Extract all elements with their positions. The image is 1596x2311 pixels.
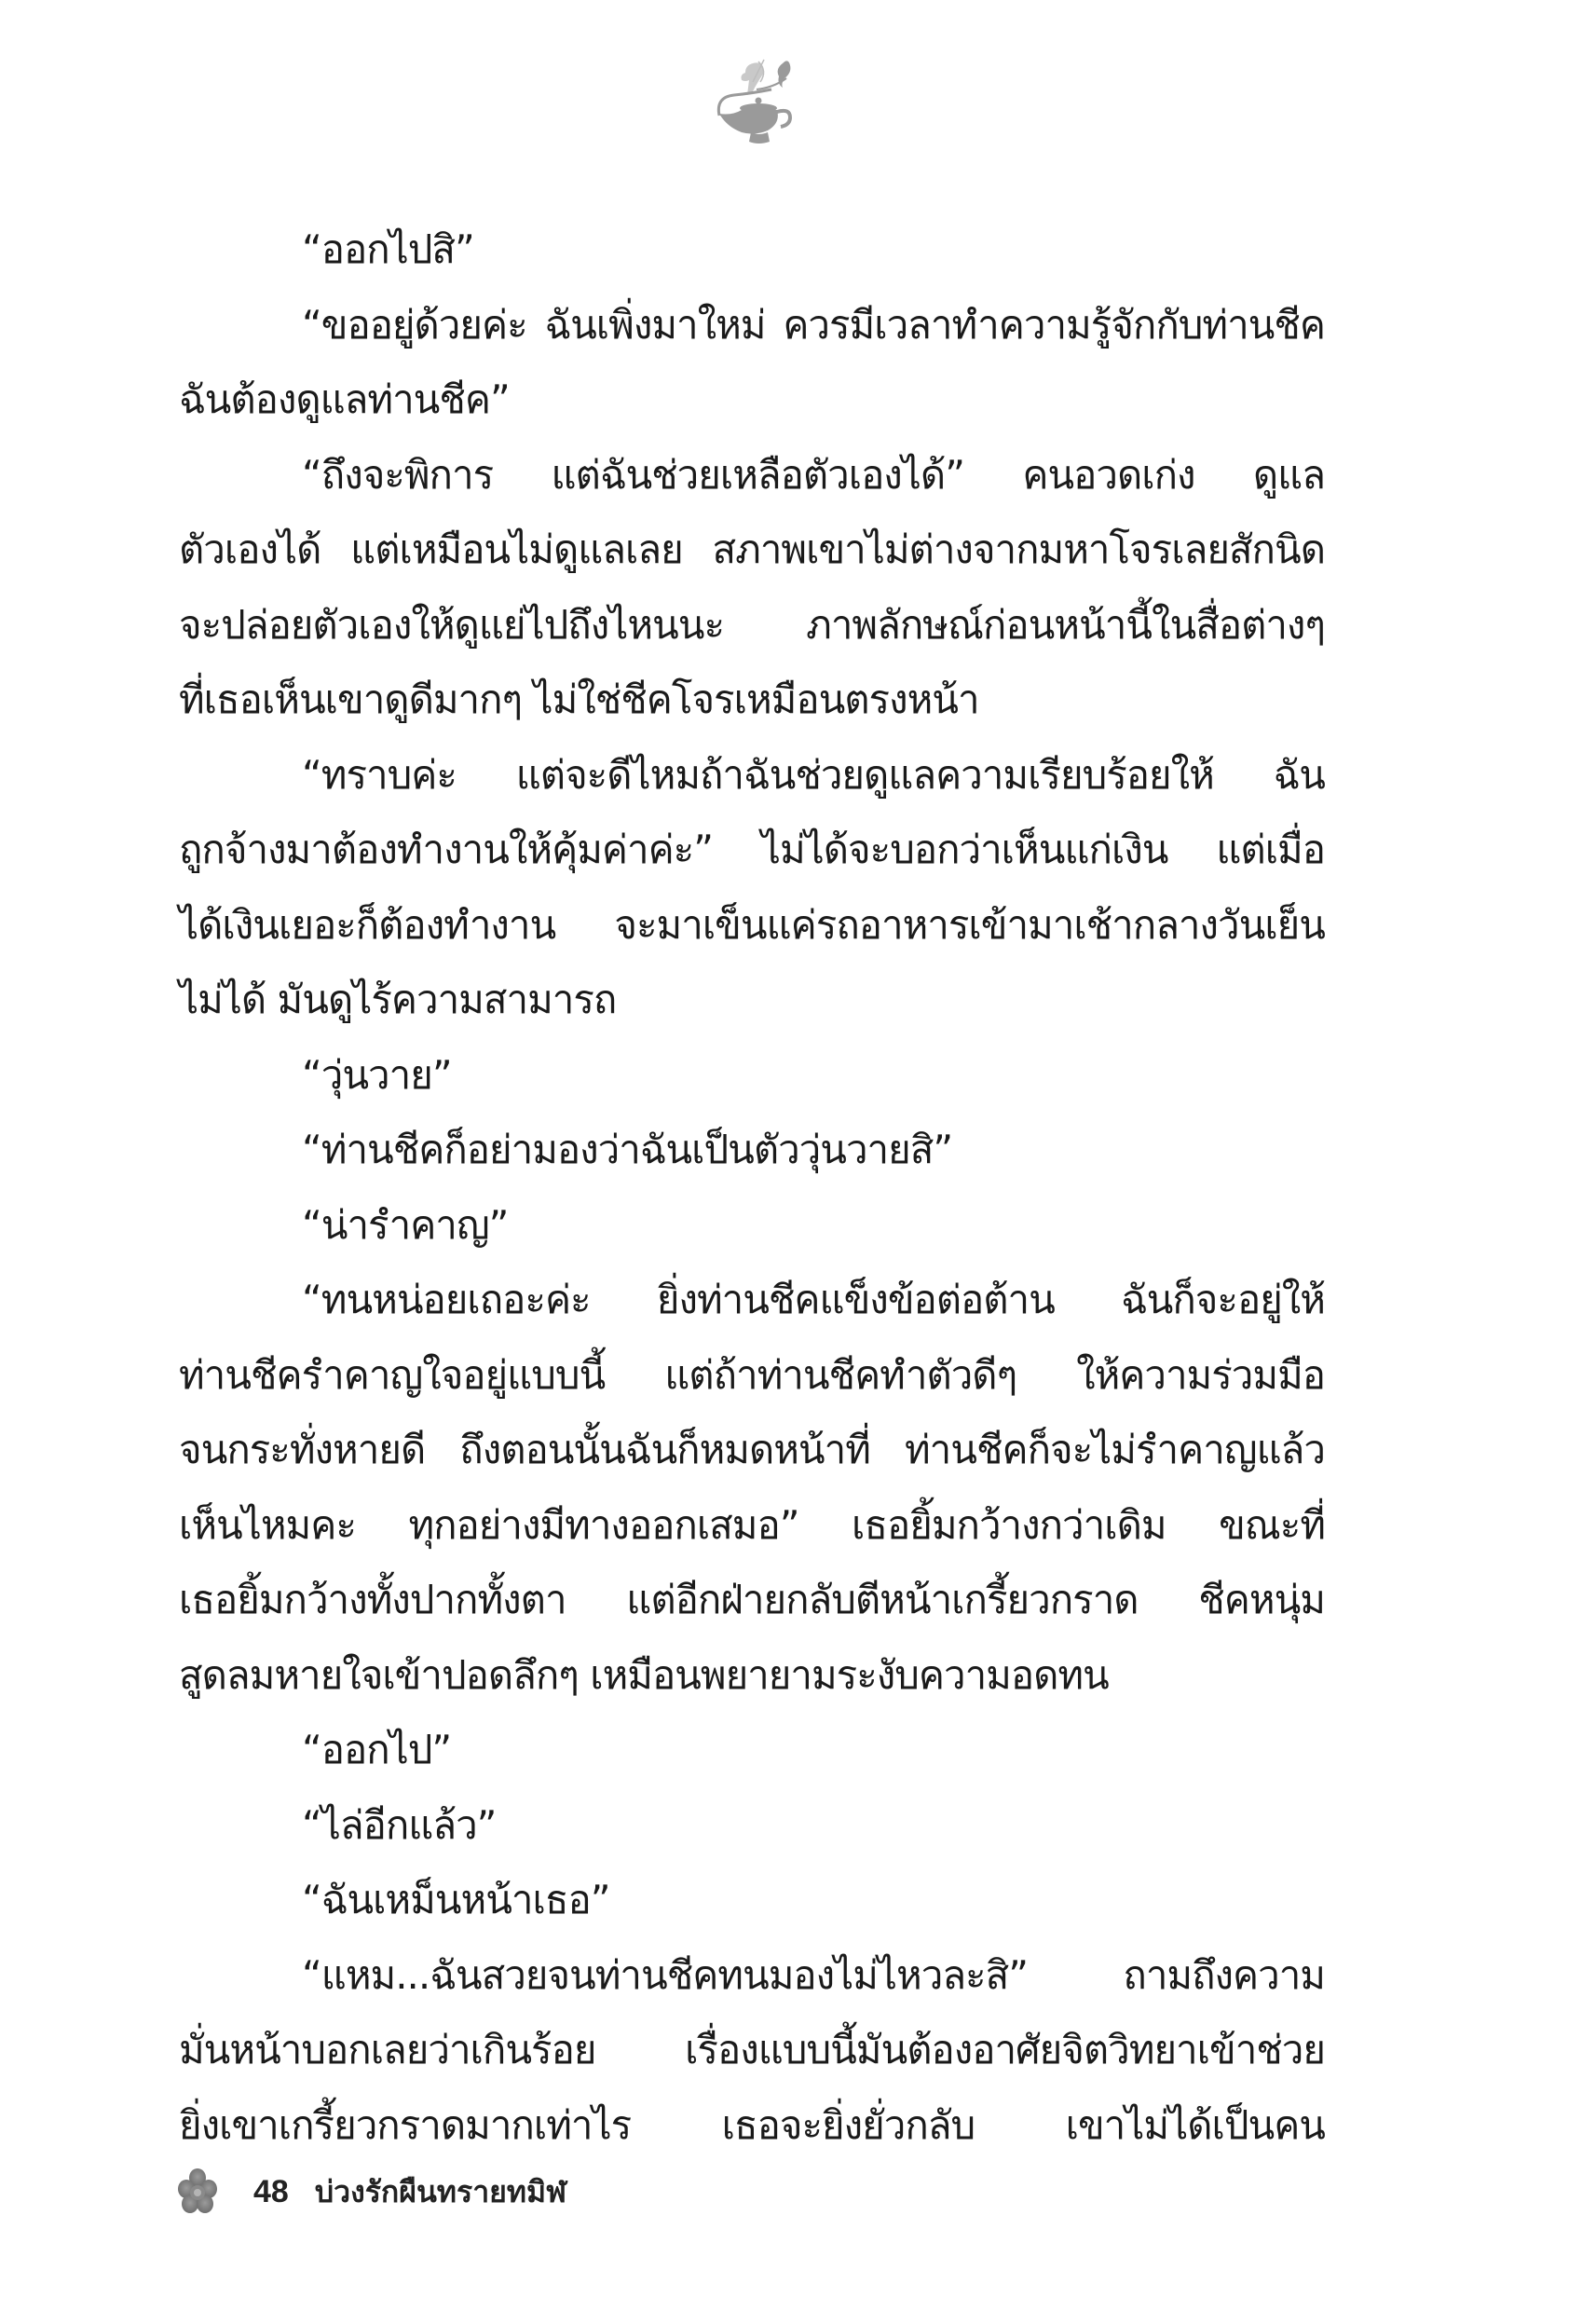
- text-line: “ทนหน่อยเถอะค่ะยิ่งท่านชีคแข็งข้อต่อต้าน…: [179, 1263, 1325, 1338]
- line-text: สูดลมหายใจเข้าปอดลึกๆ เหมือนพยายามระงับค…: [179, 1638, 1109, 1714]
- text-line: “ทราบค่ะแต่จะดีไหมถ้าฉันช่วยดูแลความเรีย…: [179, 738, 1325, 814]
- word: จะมาเข็นแค่รถอาหารเข้ามาเช้ากลางวันเย็น: [614, 888, 1325, 964]
- word: “แหม...ฉันสวยจนท่านชีคทนมองไม่ไหวละสิ”: [302, 1938, 1028, 2014]
- line-text: “ฉันเหม็นหน้าเธอ”: [302, 1863, 609, 1938]
- text-line: ถูกจ้างมาต้องทำงานให้คุ้มค่าค่ะ”ไม่ได้จะ…: [179, 813, 1325, 888]
- page-footer: 48 บ่วงรักผืนทรายทมิฬ: [177, 2164, 566, 2220]
- word: เธอจะยิ่งยั่วกลับ: [722, 2088, 975, 2164]
- text-line: ตัวเองได้แต่เหมือนไม่ดูแลเลยสภาพเขาไม่ต่…: [179, 513, 1325, 588]
- text-line: ที่เธอเห็นเขาดูดีมากๆ ไม่ใช่ชีคโจรเหมือน…: [179, 663, 1325, 738]
- line-text: “ออกไป”: [302, 1713, 451, 1788]
- word: “ทราบค่ะ: [302, 738, 457, 814]
- word: แต่เหมือนไม่ดูแลเลย: [350, 513, 683, 588]
- line-text: ไม่ได้ มันดูไร้ความสามารถ: [179, 963, 616, 1038]
- text-line: จะปล่อยตัวเองให้ดูแย่ไปถึงไหนนะภาพลักษณ์…: [179, 588, 1325, 663]
- text-line: “น่ารำคาญ”: [179, 1188, 1325, 1264]
- word: “ทนหน่อยเถอะค่ะ: [302, 1263, 591, 1338]
- word: เห็นไหมคะ: [179, 1488, 356, 1564]
- word: ถูกจ้างมาต้องทำงานให้คุ้มค่าค่ะ”: [179, 813, 713, 888]
- book-title: บ่วงรักผืนทรายทมิฬ: [315, 2168, 566, 2216]
- word: ให้ความร่วมมือ: [1076, 1338, 1325, 1414]
- book-page: “ออกไปสิ”“ขออยู่ด้วยค่ะฉันเพิ่งมาใหม่ควร…: [0, 0, 1596, 2311]
- word: มั่นหน้าบอกเลยว่าเกินร้อย: [179, 2013, 595, 2088]
- text-line: “ถึงจะพิการแต่ฉันช่วยเหลือตัวเองได้”คนอว…: [179, 438, 1325, 513]
- word: ขณะที่: [1219, 1488, 1325, 1564]
- line-text: “ออกไปสิ”: [302, 212, 474, 288]
- word: คนอวดเก่ง: [1022, 438, 1194, 513]
- line-text: ที่เธอเห็นเขาดูดีมากๆ ไม่ใช่ชีคโจรเหมือน…: [179, 663, 979, 738]
- text-line: จนกระทั่งหายดีถึงตอนนั้นฉันก็หมดหน้าที่ท…: [179, 1413, 1325, 1488]
- word: ทุกอย่างมีทางออกเสมอ”: [408, 1488, 798, 1564]
- text-line: ท่านชีครำคาญใจอยู่แบบนี้แต่ถ้าท่านชีคทำต…: [179, 1338, 1325, 1414]
- line-text: “ท่านชีคก็อย่ามองว่าฉันเป็นตัววุ่นวายสิ”: [302, 1113, 952, 1188]
- word: แต่อีกฝ่ายกลับตีหน้าเกรี้ยวกราด: [626, 1563, 1138, 1638]
- body-text: “ออกไปสิ”“ขออยู่ด้วยค่ะฉันเพิ่งมาใหม่ควร…: [179, 212, 1325, 2163]
- word: ยิ่งท่านชีคแข็งข้อต่อต้าน: [657, 1263, 1055, 1338]
- line-text: “วุ่นวาย”: [302, 1038, 452, 1114]
- word: สภาพเขาไม่ต่างจากมหาโจรเลยสักนิด: [713, 513, 1325, 588]
- word: ไม่ได้จะบอกว่าเห็นแก่เงิน: [761, 813, 1168, 888]
- word: ถึงตอนนั้นฉันก็หมดหน้าที่: [459, 1413, 870, 1488]
- word: ฉันเพิ่งมาใหม่: [544, 288, 765, 363]
- word: ถามถึงความ: [1123, 1938, 1325, 2014]
- text-line: “ฉันเหม็นหน้าเธอ”: [179, 1863, 1325, 1938]
- line-text: “น่ารำคาญ”: [302, 1188, 508, 1264]
- line-text: “ไล่อีกแล้ว”: [302, 1788, 496, 1864]
- word: ได้เงินเยอะก็ต้องทำงาน: [179, 888, 555, 964]
- word: ท่านชีครำคาญใจอยู่แบบนี้: [179, 1338, 605, 1414]
- word: “ถึงจะพิการ: [302, 438, 493, 513]
- text-line: “วุ่นวาย”: [179, 1038, 1325, 1114]
- word: แต่จะดีไหมถ้าฉันช่วยดูแลความเรียบร้อยให้: [516, 738, 1214, 814]
- word: จนกระทั่งหายดี: [179, 1413, 425, 1488]
- text-line: “ท่านชีคก็อย่ามองว่าฉันเป็นตัววุ่นวายสิ”: [179, 1113, 1325, 1188]
- word: ฉันก็จะอยู่ให้: [1121, 1263, 1325, 1338]
- word: เขาไม่ได้เป็นคน: [1066, 2088, 1325, 2164]
- text-line: ได้เงินเยอะก็ต้องทำงานจะมาเข็นแค่รถอาหาร…: [179, 888, 1325, 964]
- text-line: ไม่ได้ มันดูไร้ความสามารถ: [179, 963, 1325, 1038]
- word: “ขออยู่ด้วยค่ะ: [302, 288, 527, 363]
- flower-icon: [177, 2167, 218, 2217]
- text-line: มั่นหน้าบอกเลยว่าเกินร้อยเรื่องแบบนี้มัน…: [179, 2013, 1325, 2088]
- word: ตัวเองได้: [179, 513, 321, 588]
- line-text: ฉันต้องดูแลท่านชีค”: [179, 362, 510, 438]
- word: ยิ่งเขาเกรี้ยวกราดมากเท่าไร: [179, 2088, 631, 2164]
- word: จะปล่อยตัวเองให้ดูแย่ไปถึงไหนนะ: [179, 588, 724, 663]
- word: เรื่องแบบนี้มันต้องอาศัยจิตวิทยาเข้าช่วย: [685, 2013, 1325, 2088]
- text-line: เห็นไหมคะทุกอย่างมีทางออกเสมอ”เธอยิ้มกว้…: [179, 1488, 1325, 1564]
- page-number: 48: [253, 2174, 289, 2210]
- text-line: ยิ่งเขาเกรี้ยวกราดมากเท่าไรเธอจะยิ่งยั่ว…: [179, 2088, 1325, 2164]
- word: ท่านชีคก็จะไม่รำคาญแล้ว: [905, 1413, 1325, 1488]
- text-line: “ไล่อีกแล้ว”: [179, 1788, 1325, 1864]
- text-line: “แหม...ฉันสวยจนท่านชีคทนมองไม่ไหวละสิ”ถา…: [179, 1938, 1325, 2014]
- word: แต่ฉันช่วยเหลือตัวเองได้”: [551, 438, 963, 513]
- word: ภาพลักษณ์ก่อนหน้านี้ในสื่อต่างๆ: [806, 588, 1325, 663]
- text-line: ฉันต้องดูแลท่านชีค”: [179, 362, 1325, 438]
- text-line: สูดลมหายใจเข้าปอดลึกๆ เหมือนพยายามระงับค…: [179, 1638, 1325, 1714]
- genie-lamp-cupid-icon: [699, 56, 811, 149]
- word: ควรมีเวลาทำความรู้จักกับท่านชีค: [783, 288, 1325, 363]
- word: ดูแล: [1253, 438, 1325, 513]
- word: แต่เมื่อ: [1216, 813, 1325, 888]
- word: ฉัน: [1274, 738, 1325, 814]
- text-line: เธอยิ้มกว้างทั้งปากทั้งตาแต่อีกฝ่ายกลับต…: [179, 1563, 1325, 1638]
- word: แต่ถ้าท่านชีคทำตัวดีๆ: [664, 1338, 1016, 1414]
- text-line: “ออกไปสิ”: [179, 212, 1325, 288]
- word: เธอยิ้มกว้างทั้งปากทั้งตา: [179, 1563, 566, 1638]
- word: ชีคหนุ่ม: [1198, 1563, 1325, 1638]
- text-line: “ขออยู่ด้วยค่ะฉันเพิ่งมาใหม่ควรมีเวลาทำค…: [179, 288, 1325, 363]
- word: เธอยิ้มกว้างกว่าเดิม: [852, 1488, 1166, 1564]
- text-line: “ออกไป”: [179, 1713, 1325, 1788]
